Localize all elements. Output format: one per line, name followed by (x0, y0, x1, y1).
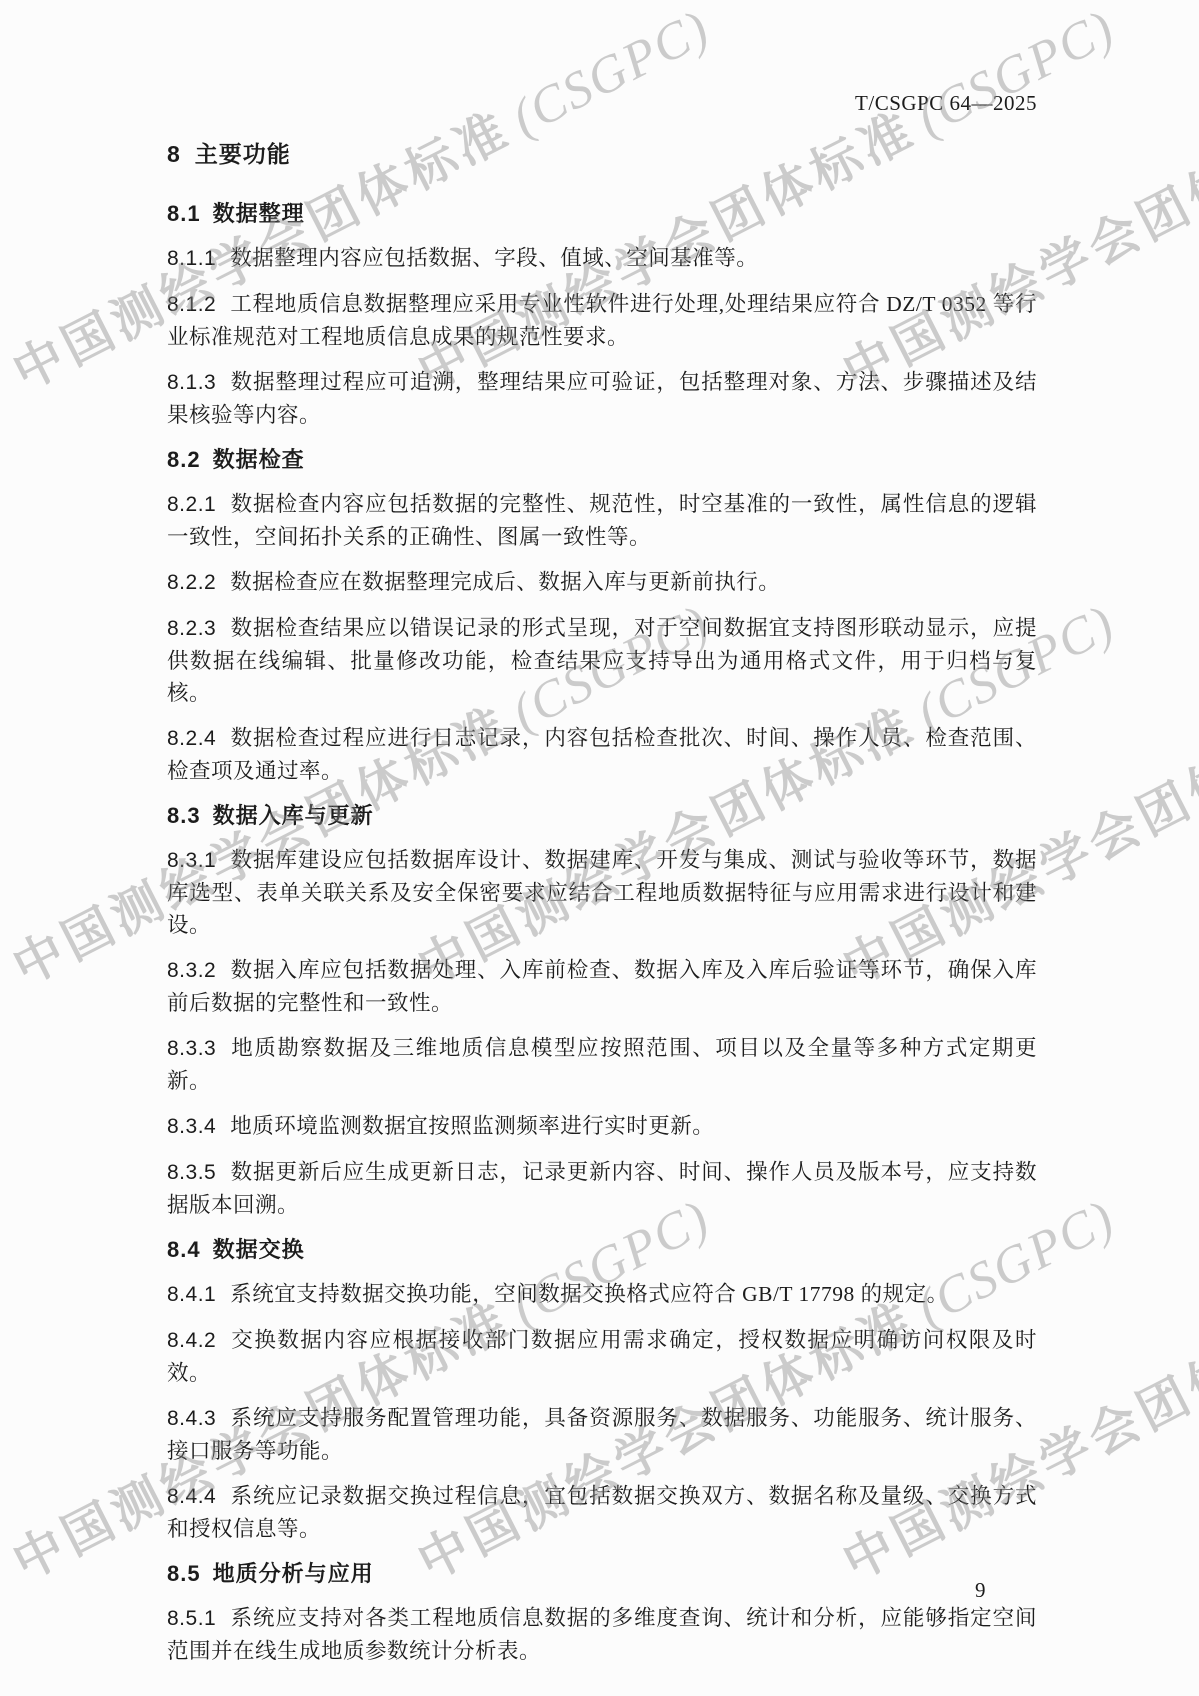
clause-number: 8.4.4 (167, 1485, 216, 1508)
clause-8.4.4: 8.4.4系统应记录数据交换过程信息，宜包括数据交换双方、数据名称及量级、交换方… (167, 1480, 1037, 1545)
clause-number: 8.4.1 (167, 1283, 216, 1306)
clause-8.3.3: 8.3.3地质勘察数据及三维地质信息模型应按照范围、项目以及全量等多种方式定期更… (167, 1032, 1037, 1097)
clause-text: 数据整理过程应可追溯，整理结果应可验证，包括整理对象、方法、步骤描述及结果核验等… (167, 370, 1037, 427)
sections-container: 8.1数据整理8.1.1数据整理内容应包括数据、字段、值域、空间基准等。8.1.… (167, 199, 1037, 1667)
section-heading-8.1: 8.1数据整理 (167, 199, 1037, 229)
clause-text: 交换数据内容应根据接收部门数据应用需求确定，授权数据应明确访问权限及时效。 (167, 1328, 1037, 1385)
clause-text: 数据库建设应包括数据库设计、数据建库、开发与集成、测试与验收等环节，数据库选型、… (167, 848, 1037, 937)
clause-text: 系统应支持对各类工程地质信息数据的多维度查询、统计和分析，应能够指定空间范围并在… (167, 1606, 1037, 1663)
clause-8.5.1: 8.5.1系统应支持对各类工程地质信息数据的多维度查询、统计和分析，应能够指定空… (167, 1602, 1037, 1667)
clause-number: 8.1.3 (167, 371, 216, 394)
clause-text: 工程地质信息数据整理应采用专业性软件进行处理,处理结果应符合 DZ/T 0352… (167, 292, 1037, 349)
section-title: 数据交换 (213, 1237, 305, 1262)
section-number: 8.1 (167, 201, 201, 226)
clause-text: 数据检查内容应包括数据的完整性、规范性，时空基准的一致性，属性信息的逻辑一致性，… (167, 492, 1037, 549)
clause-8.4.3: 8.4.3系统应支持服务配置管理功能，具备资源服务、数据服务、功能服务、统计服务… (167, 1402, 1037, 1467)
clause-8.1.1: 8.1.1数据整理内容应包括数据、字段、值域、空间基准等。 (167, 242, 1037, 275)
clause-number: 8.1.1 (167, 247, 216, 270)
clause-text: 数据检查应在数据整理完成后、数据入库与更新前执行。 (230, 570, 780, 594)
clause-text: 地质勘察数据及三维地质信息模型应按照范围、项目以及全量等多种方式定期更新。 (167, 1036, 1037, 1093)
clause-number: 8.3.5 (167, 1161, 216, 1184)
chapter-number: 8 (167, 141, 181, 167)
clause-number: 8.4.3 (167, 1407, 216, 1430)
clause-number: 8.2.4 (167, 727, 216, 750)
clause-text: 数据更新后应生成更新日志，记录更新内容、时间、操作人员及版本号，应支持数据版本回… (167, 1160, 1037, 1217)
clause-8.3.4: 8.3.4地质环境监测数据宜按照监测频率进行实时更新。 (167, 1110, 1037, 1143)
chapter-title: 主要功能 (195, 141, 291, 167)
section-number: 8.3 (167, 803, 201, 828)
clause-number: 8.4.2 (167, 1329, 216, 1352)
clause-number: 8.2.1 (167, 493, 216, 516)
section-number: 8.4 (167, 1237, 201, 1262)
clause-text: 地质环境监测数据宜按照监测频率进行实时更新。 (230, 1114, 714, 1138)
section-title: 地质分析与应用 (213, 1561, 374, 1586)
section-heading-8.3: 8.3数据入库与更新 (167, 801, 1037, 831)
section-title: 数据检查 (213, 447, 305, 472)
clause-number: 8.1.2 (167, 293, 216, 316)
clause-number: 8.2.2 (167, 571, 216, 594)
clause-text: 系统应支持服务配置管理功能，具备资源服务、数据服务、功能服务、统计服务、接口服务… (167, 1406, 1037, 1463)
section-title: 数据入库与更新 (213, 803, 374, 828)
clause-8.4.1: 8.4.1系统宜支持数据交换功能，空间数据交换格式应符合 GB/T 17798 … (167, 1278, 1037, 1311)
section-heading-8.2: 8.2数据检查 (167, 445, 1037, 475)
clause-number: 8.3.1 (167, 849, 216, 872)
chapter-heading: 8主要功能 (167, 139, 1037, 169)
clause-text: 数据检查结果应以错误记录的形式呈现，对于空间数据宜支持图形联动显示，应提供数据在… (167, 616, 1037, 705)
section-heading-8.5: 8.5地质分析与应用 (167, 1559, 1037, 1589)
clause-8.1.2: 8.1.2工程地质信息数据整理应采用专业性软件进行处理,处理结果应符合 DZ/T… (167, 288, 1037, 353)
clause-8.3.5: 8.3.5数据更新后应生成更新日志，记录更新内容、时间、操作人员及版本号，应支持… (167, 1156, 1037, 1221)
clause-8.3.1: 8.3.1数据库建设应包括数据库设计、数据建库、开发与集成、测试与验收等环节，数… (167, 844, 1037, 941)
page-number: 9 (975, 1578, 986, 1603)
clause-8.2.4: 8.2.4数据检查过程应进行日志记录，内容包括检查批次、时间、操作人员、检查范围… (167, 722, 1037, 787)
clause-8.3.2: 8.3.2数据入库应包括数据处理、入库前检查、数据入库及入库后验证等环节，确保入… (167, 954, 1037, 1019)
section-number: 8.5 (167, 1561, 201, 1586)
clause-number: 8.3.2 (167, 959, 216, 982)
clause-text: 数据检查过程应进行日志记录，内容包括检查批次、时间、操作人员、检查范围、检查项及… (167, 726, 1037, 783)
clause-8.2.1: 8.2.1数据检查内容应包括数据的完整性、规范性，时空基准的一致性，属性信息的逻… (167, 488, 1037, 553)
clause-8.2.3: 8.2.3数据检查结果应以错误记录的形式呈现，对于空间数据宜支持图形联动显示，应… (167, 612, 1037, 709)
clause-number: 8.3.4 (167, 1115, 216, 1138)
section-number: 8.2 (167, 447, 201, 472)
clause-8.4.2: 8.4.2交换数据内容应根据接收部门数据应用需求确定，授权数据应明确访问权限及时… (167, 1324, 1037, 1389)
standard-number-header: T/CSGPC 64—2025 (167, 0, 1037, 115)
page-content: T/CSGPC 64—2025 8主要功能 8.1数据整理8.1.1数据整理内容… (167, 0, 1037, 1680)
clause-number: 8.2.3 (167, 617, 216, 640)
clause-text: 数据入库应包括数据处理、入库前检查、数据入库及入库后验证等环节，确保入库前后数据… (167, 958, 1037, 1015)
section-heading-8.4: 8.4数据交换 (167, 1235, 1037, 1265)
section-title: 数据整理 (213, 201, 305, 226)
clause-8.2.2: 8.2.2数据检查应在数据整理完成后、数据入库与更新前执行。 (167, 566, 1037, 599)
document-page: T/CSGPC 64—2025 8主要功能 8.1数据整理8.1.1数据整理内容… (0, 0, 1199, 1696)
clause-text: 系统应记录数据交换过程信息，宜包括数据交换双方、数据名称及量级、交换方式和授权信… (167, 1484, 1037, 1541)
clause-8.1.3: 8.1.3数据整理过程应可追溯，整理结果应可验证，包括整理对象、方法、步骤描述及… (167, 366, 1037, 431)
clause-number: 8.5.1 (167, 1607, 216, 1630)
clause-text: 系统宜支持数据交换功能，空间数据交换格式应符合 GB/T 17798 的规定。 (230, 1282, 948, 1306)
clause-text: 数据整理内容应包括数据、字段、值域、空间基准等。 (230, 246, 758, 270)
clause-number: 8.3.3 (167, 1037, 216, 1060)
